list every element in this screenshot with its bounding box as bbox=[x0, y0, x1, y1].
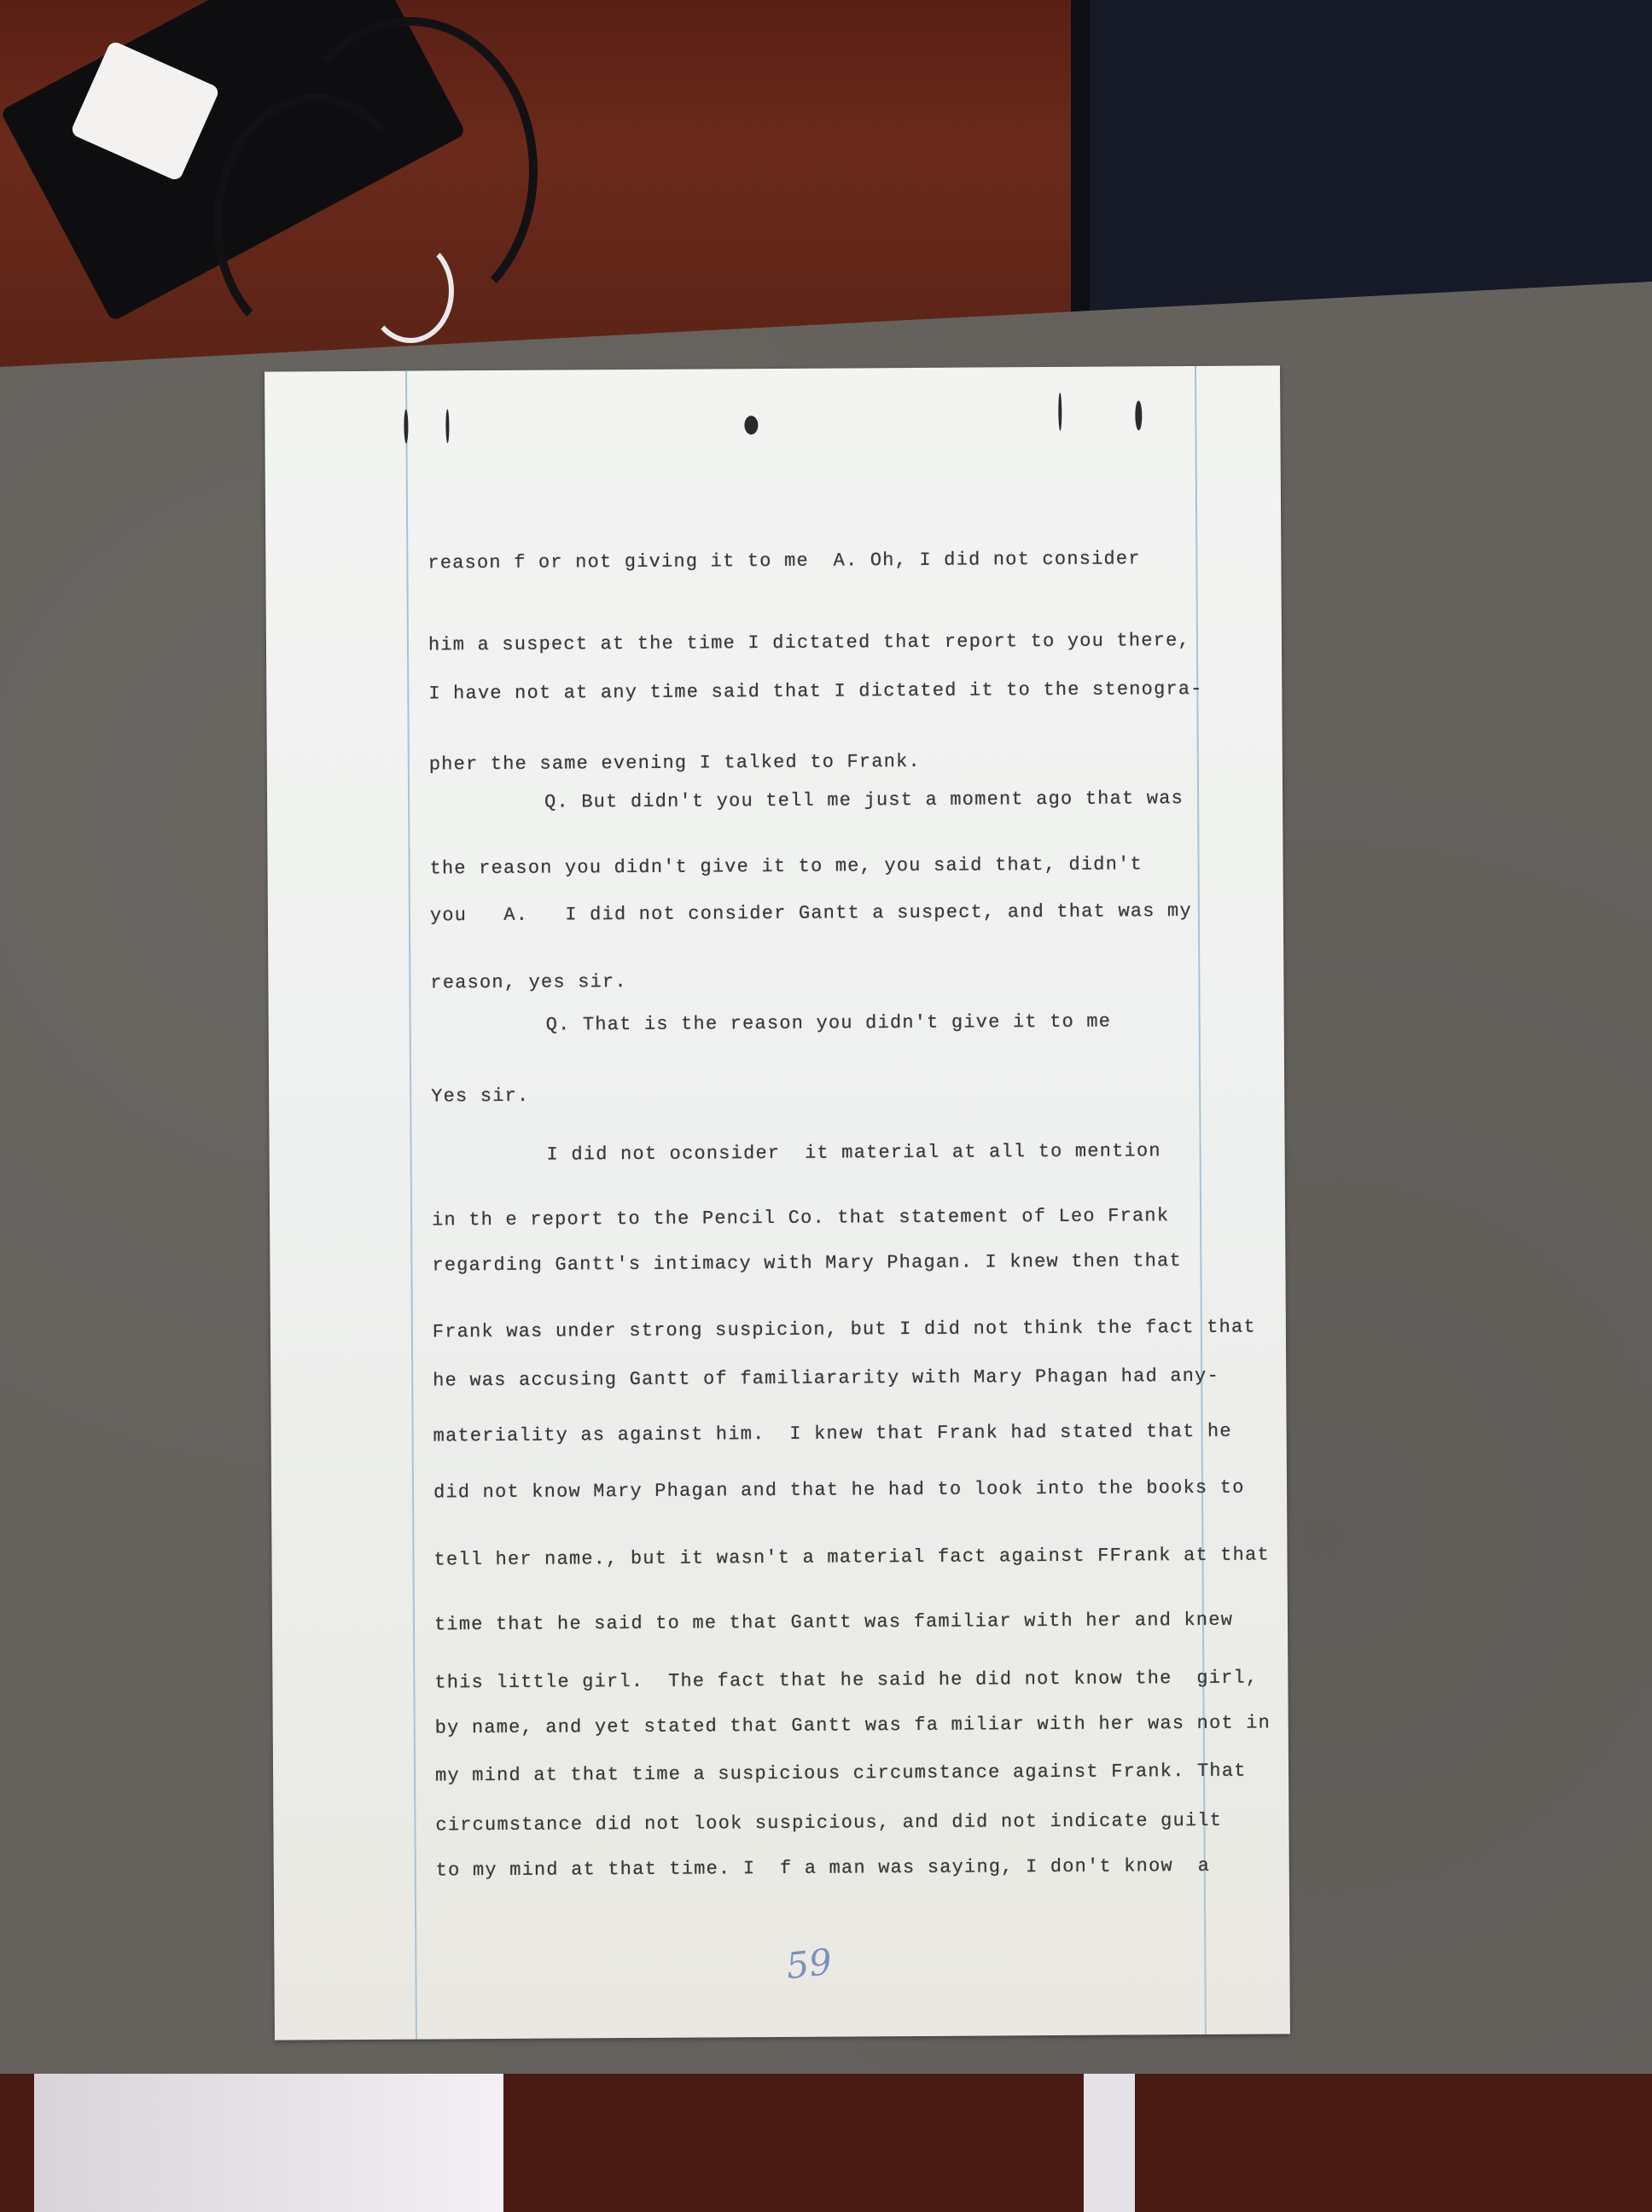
typed-line: regarding Gantt's intimacy with Mary Pha… bbox=[432, 1250, 1182, 1276]
typed-line: did not know Mary Phagan and that he had… bbox=[433, 1477, 1245, 1504]
right-margin-line bbox=[1195, 366, 1207, 2034]
paper-edge bbox=[1084, 2074, 1135, 2212]
typed-line: Q. That is the reason you didn't give it… bbox=[546, 1011, 1112, 1036]
handwritten-page-number: 59 bbox=[784, 1941, 835, 1988]
typed-line: to my mind at that time. I f a man was s… bbox=[436, 1855, 1210, 1882]
typed-line: pher the same evening I talked to Frank. bbox=[429, 751, 921, 776]
cable bbox=[367, 239, 454, 343]
typed-line: this little girl. The fact that he said … bbox=[434, 1668, 1258, 1694]
typed-line: tell her name., but it wasn't a material… bbox=[433, 1544, 1269, 1570]
typed-line: I did not oconsider it material at all t… bbox=[547, 1140, 1161, 1165]
binding-hole bbox=[744, 416, 758, 434]
typed-line: I have not at any time said that I dicta… bbox=[428, 678, 1202, 705]
typed-line: him a suspect at the time I dictated tha… bbox=[428, 630, 1190, 655]
typed-line: Yes sir. bbox=[431, 1086, 529, 1108]
desk-bottom bbox=[0, 2074, 1652, 2212]
typed-line: Frank was under strong suspicion, but I … bbox=[433, 1317, 1256, 1343]
typed-line: in th e report to the Pencil Co. that st… bbox=[432, 1205, 1169, 1231]
typed-line: reason f or not giving it to me A. Oh, I… bbox=[428, 548, 1140, 573]
typed-line: time that he said to me that Gantt was f… bbox=[434, 1610, 1233, 1636]
paper-stack bbox=[34, 2074, 503, 2212]
typed-line: reason, yes sir. bbox=[430, 971, 627, 993]
left-margin-line bbox=[405, 371, 417, 2040]
typed-line: my mind at that time a suspicious circum… bbox=[435, 1761, 1247, 1787]
typed-document-page: reason f or not giving it to me A. Oh, I… bbox=[265, 365, 1290, 2040]
binding-hole bbox=[1135, 400, 1142, 430]
typed-line: materiality as against him. I knew that … bbox=[433, 1421, 1232, 1447]
typed-line: Q. But didn't you tell me just a moment … bbox=[544, 788, 1184, 813]
typed-line: you A. I did not consider Gantt a suspec… bbox=[430, 900, 1192, 926]
typed-line: circumstance did not look suspicious, an… bbox=[435, 1810, 1222, 1837]
typed-line: the reason you didn't give it to me, you… bbox=[429, 853, 1142, 879]
binding-hole bbox=[445, 409, 449, 443]
typed-line: by name, and yet stated that Gantt was f… bbox=[435, 1712, 1271, 1738]
chair-background bbox=[1071, 0, 1652, 324]
binding-hole bbox=[404, 410, 408, 444]
binding-hole bbox=[1058, 393, 1062, 431]
chair-edge bbox=[1071, 0, 1090, 324]
typed-line: he was accusing Gantt of familiararity w… bbox=[433, 1365, 1219, 1392]
